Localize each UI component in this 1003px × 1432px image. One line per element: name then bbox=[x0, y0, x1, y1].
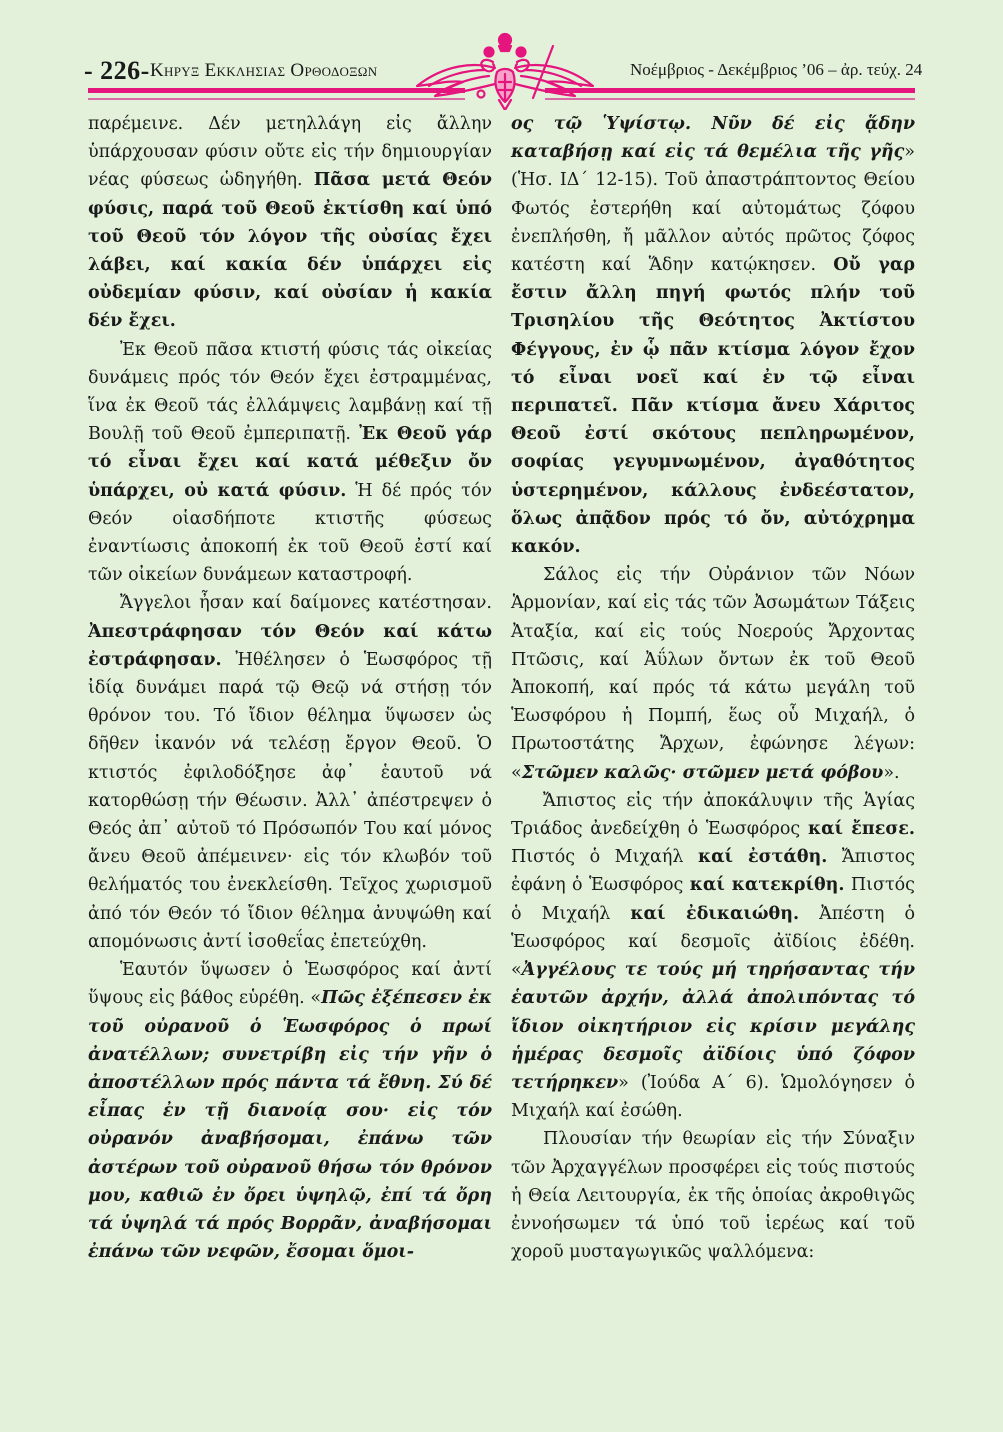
paragraph: παρέμεινε. Δέν μετηλλάγη εἰς ἄλλην ὑπάρχ… bbox=[88, 110, 492, 336]
paragraph: Ἐκ Θεοῦ πᾶσα κτιστή φύσις τάς οἰκείας δυ… bbox=[88, 336, 492, 590]
double-headed-eagle-icon bbox=[405, 28, 605, 110]
page-header: - 226- Κηρυξ Εκκλησιας Ορθοδοξων Νοέμβρι… bbox=[0, 0, 1003, 110]
paragraph: Σάλος εἰς τήν Οὐράνιον τῶν Νόων Ἁρμονίαν… bbox=[511, 561, 915, 787]
right-column: ος τῷ Ὑψίστῳ. Νῦν δέ εἰς ᾅδην καταβήσῃ κ… bbox=[511, 110, 915, 1266]
paragraph: Ἄπιστος εἰς τήν ἀποκάλυψιν τῆς Ἁγίας Τρι… bbox=[511, 787, 915, 1125]
journal-title: Κηρυξ Εκκλησιας Ορθοδοξων bbox=[150, 60, 377, 82]
paragraph: Ἑαυτόν ὕψωσεν ὁ Ἑωσφόρος καί ἀντί ὕψους … bbox=[88, 956, 492, 1266]
paragraph: Ἄγγελοι ἦσαν καί δαίμονες κατέστησαν. Ἀπ… bbox=[88, 589, 492, 956]
paragraph: Πλουσίαν τήν θεωρίαν εἰς τήν Σύναξιν τῶν… bbox=[511, 1125, 915, 1266]
issue-info: Νοέμβριος - Δεκέμβριος ’06 – ἀρ. τεύχ. 2… bbox=[630, 60, 922, 80]
paragraph: ος τῷ Ὑψίστῳ. Νῦν δέ εἰς ᾅδην καταβήσῃ κ… bbox=[511, 110, 915, 561]
page-number: - 226- bbox=[84, 56, 150, 86]
left-column: παρέμεινε. Δέν μετηλλάγη εἰς ἄλλην ὑπάρχ… bbox=[88, 110, 492, 1266]
